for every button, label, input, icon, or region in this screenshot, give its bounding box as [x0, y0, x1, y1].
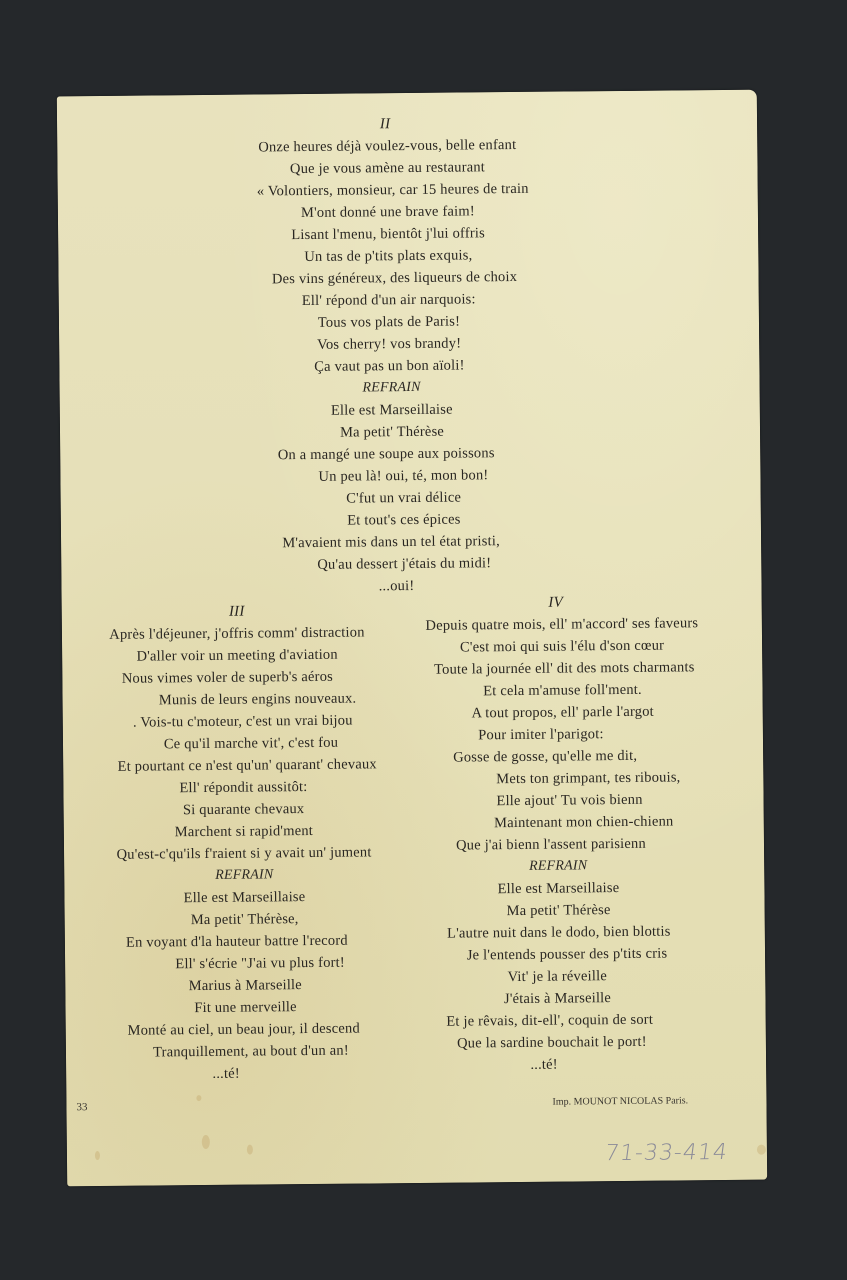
verse-line: Marchent si rapid'ment — [175, 824, 313, 840]
verse-line: Ell' répond d'un air narquois: — [302, 292, 476, 308]
verse-line: Pour imiter l'parigot: — [478, 727, 604, 743]
refrain-line: Ma petit' Thérèse — [507, 903, 611, 918]
refrain-line: Elle est Marseillaise — [331, 403, 453, 419]
paper-stain — [247, 1145, 253, 1155]
refrain-line: J'étais à Marseille — [504, 991, 611, 1007]
verse-line: M'ont donné une brave faim! — [301, 204, 475, 220]
verse-line: « Volontiers, monsieur, car 15 heures de… — [257, 182, 529, 199]
verse-line: Que j'ai bienn l'assent parisienn — [456, 837, 646, 853]
verse-line: Tous vos plats de Paris! — [318, 315, 460, 331]
refrain-line: M'avaient mis dans un tel état pristi, — [282, 534, 500, 551]
verse-line: Et pourtant ce n'est qu'un' quarant' che… — [118, 757, 377, 774]
verse-line: Si quarante chevaux — [183, 802, 305, 818]
printer-imprint: Imp. MOUNOT NICOLAS Paris. — [552, 1095, 688, 1107]
paper-stain — [196, 1095, 201, 1101]
verse-line: . Vois-tu c'moteur, c'est un vrai bijou — [133, 714, 353, 731]
verse-line: C'est moi qui suis l'élu d'son cœur — [460, 639, 664, 655]
refrain-line: Que la sardine bouchait le port! — [457, 1035, 647, 1051]
verse-line: D'aller voir un meeting d'aviation — [136, 648, 337, 664]
refrain-line: Un peu là! oui, té, mon bon! — [318, 468, 488, 484]
refrain-line: Ma petit' Thérèse — [340, 425, 444, 440]
verse-line: Toute la journée ell' dit des mots charm… — [434, 660, 695, 677]
verse-line: Ça vaut pas un bon aïoli! — [314, 358, 465, 374]
verse-line: Gosse de gosse, qu'elle me dit, — [453, 749, 637, 765]
verse-line: Maintenant mon chien-chienn — [494, 814, 673, 830]
refrain-line: Ell' s'écrie "J'ai vu plus fort! — [175, 956, 345, 972]
refrain-line: Tranquillement, au bout d'un an! — [153, 1044, 349, 1060]
verse-line: Mets ton grimpant, tes ribouis, — [496, 770, 680, 786]
verse-line: Onze heures déjà voulez-vous, belle enfa… — [258, 138, 516, 155]
refrain-line: Je l'entends pousser des p'tits cris — [467, 947, 668, 963]
verse-line: Elle ajout' Tu vois bienn — [496, 793, 642, 809]
paper-stain — [757, 1145, 766, 1155]
verse-line: Ce qu'il marche vit', c'est fou — [164, 736, 338, 752]
refrain-line: Elle est Marseillaise — [184, 890, 306, 906]
verse-line: Après l'déjeuner, j'offris comm' distrac… — [109, 625, 365, 642]
paper-stain — [202, 1135, 210, 1149]
refrain-line: ...oui! — [379, 579, 415, 594]
refrain-line: L'autre nuit dans le dodo, bien blottis — [447, 925, 671, 942]
refrain-label: REFRAIN — [529, 859, 587, 874]
verse-line: Un tas de p'tits plats exquis, — [304, 248, 472, 264]
refrain-line: En voyant d'la hauteur battre l'record — [126, 934, 348, 951]
verse-line: Des vins généreux, des liqueurs de choix — [272, 270, 517, 287]
refrain-label: REFRAIN — [362, 381, 420, 396]
refrain-line: Vit' je la réveille — [508, 969, 607, 984]
verse-line: Que je vous amène au restaurant — [290, 160, 485, 176]
verse-line: Nous vimes voler de superb's aéros — [122, 670, 333, 687]
paper-stain — [95, 1151, 100, 1160]
verse-line: Munis de leurs engins nouveaux. — [159, 692, 357, 708]
verse-heading: II — [380, 117, 391, 132]
refrain-line: Qu'au dessert j'étais du midi! — [317, 556, 491, 572]
verse-line: Vos cherry! vos brandy! — [317, 337, 461, 353]
verse-line: Qu'est-c'qu'ils f'raient si y avait un' … — [116, 845, 371, 862]
refrain-line: Monté au ciel, un beau jour, il descend — [128, 1022, 360, 1039]
verse-line: Ell' répondit aussitôt: — [179, 780, 307, 796]
catalog-number: 71-33-414 — [603, 1140, 729, 1166]
verse-iii: III Après l'déjeuner, j'offris comm' dis… — [57, 90, 757, 97]
verse-heading: IV — [548, 596, 563, 611]
refrain-line: C'fut un vrai délice — [346, 491, 461, 507]
song-sheet-page: II Onze heures déjà voulez-vous, belle e… — [57, 90, 767, 1187]
refrain-line: On a mangé une soupe aux poissons — [278, 446, 495, 463]
verse-ii: II Onze heures déjà voulez-vous, belle e… — [57, 90, 757, 97]
refrain-line: Elle est Marseillaise — [497, 881, 619, 897]
verse-line: Depuis quatre mois, ell' m'accord' ses f… — [425, 616, 698, 633]
refrain-line: Fit une merveille — [194, 1000, 297, 1015]
page-number: 33 — [76, 1101, 87, 1113]
refrain-line: Et je rêvais, dit-ell', coquin de sort — [446, 1013, 653, 1029]
refrain-line: Marius à Marseille — [189, 978, 302, 994]
verse-line: Et cela m'amuse foll'ment. — [483, 683, 642, 699]
verse-heading: III — [229, 605, 245, 620]
refrain-line: Ma petit' Thérèse, — [191, 912, 299, 928]
verse-line: A tout propos, ell' parle l'argot — [472, 705, 654, 721]
verse-line: Lisant l'menu, bientôt j'lui offris — [291, 226, 485, 242]
refrain-line: Et tout's ces épices — [347, 513, 460, 529]
refrain-label: REFRAIN — [215, 868, 273, 883]
refrain-line: ...té! — [212, 1067, 240, 1082]
verse-iv: IV Depuis quatre mois, ell' m'accord' se… — [57, 90, 757, 97]
refrain-line: ...té! — [530, 1058, 558, 1073]
